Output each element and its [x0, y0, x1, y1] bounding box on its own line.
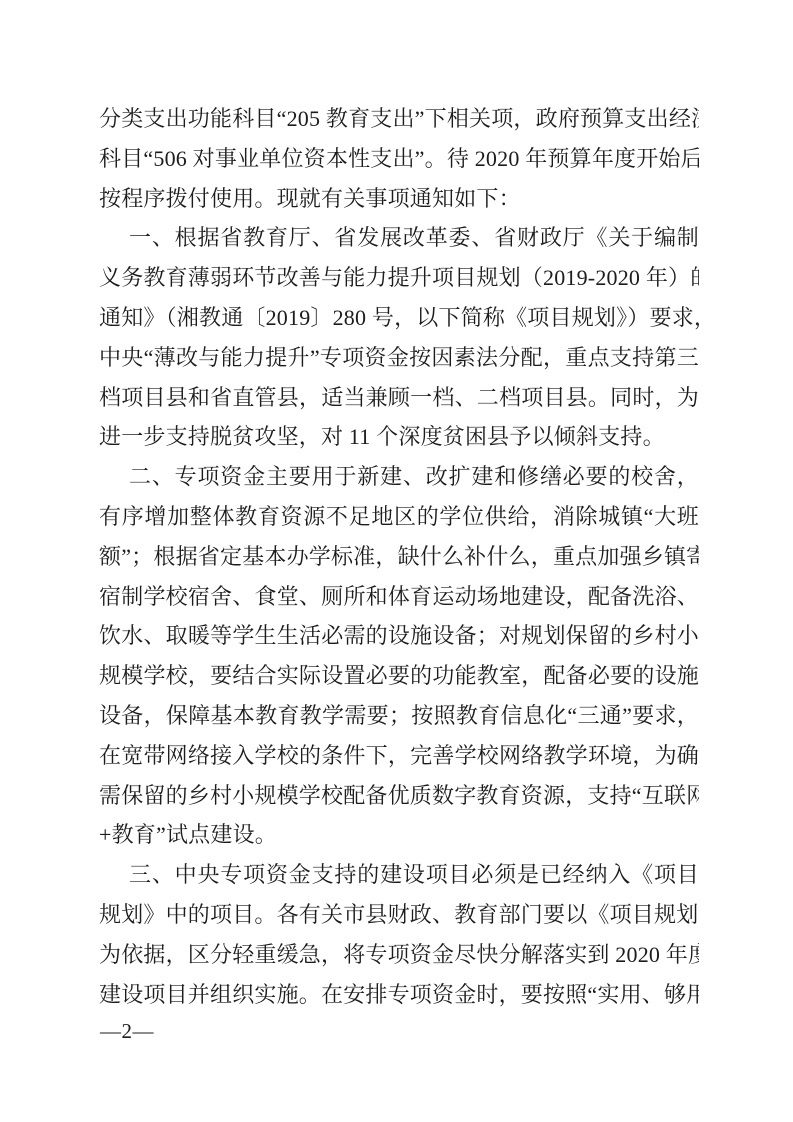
text-line: 档项目县和省直管县，适当兼顾一档、二档项目县。同时，为: [99, 378, 699, 418]
document-page: 分类支出功能科目“205 教育支出”下相关项，政府预算支出经济 科目“506 对…: [0, 0, 793, 1122]
text-line: 按程序拨付使用。现就有关事项通知如下：: [99, 179, 699, 219]
text-line: 为依据，区分轻重缓急，将专项资金尽快分解落实到 2020 年度: [99, 935, 699, 975]
text-line: 分类支出功能科目“205 教育支出”下相关项，政府预算支出经济: [99, 99, 699, 139]
text-line: 科目“506 对事业单位资本性支出”。待 2020 年预算年度开始后，: [99, 139, 699, 179]
text-line: 额”；根据省定基本办学标准，缺什么补什么，重点加强乡镇寄: [99, 537, 699, 577]
text-line: 规模学校，要结合实际设置必要的功能教室，配备必要的设施: [99, 656, 699, 696]
text-line: +教育”试点建设。: [99, 815, 699, 855]
text-line: 二、专项资金主要用于新建、改扩建和修缮必要的校舍，: [99, 457, 699, 497]
text-line: 一、根据省教育厅、省发展改革委、省财政厅《关于编制: [99, 218, 699, 258]
page-number: —2—: [100, 1016, 154, 1046]
text-line: 建设项目并组织实施。在安排专项资金时，要按照“实用、够用、: [99, 975, 699, 1015]
text-line: 通知》（湘教通〔2019〕280 号，以下简称《项目规划》）要求，: [99, 298, 699, 338]
text-line: 在宽带网络接入学校的条件下，完善学校网络教学环境，为确: [99, 736, 699, 776]
text-line: 进一步支持脱贫攻坚，对 11 个深度贫困县予以倾斜支持。: [99, 417, 699, 457]
text-line: 三、中央专项资金支持的建设项目必须是已经纳入《项目: [99, 855, 699, 895]
text-line: 中央“薄改与能力提升”专项资金按因素法分配，重点支持第三: [99, 338, 699, 378]
text-line: 有序增加整体教育资源不足地区的学位供给，消除城镇“大班: [99, 497, 699, 537]
text-line: 饮水、取暖等学生生活必需的设施设备；对规划保留的乡村小: [99, 616, 699, 656]
text-line: 宿制学校宿舍、食堂、厕所和体育运动场地建设，配备洗浴、: [99, 577, 699, 617]
text-line: 规划》中的项目。各有关市县财政、教育部门要以《项目规划》: [99, 895, 699, 935]
text-line: 义务教育薄弱环节改善与能力提升项目规划（2019-2020 年）的: [99, 258, 699, 298]
text-line: 需保留的乡村小规模学校配备优质数字教育资源，支持“互联网: [99, 776, 699, 816]
text-line: 设备，保障基本教育教学需要；按照教育信息化“三通”要求，: [99, 696, 699, 736]
document-body: 分类支出功能科目“205 教育支出”下相关项，政府预算支出经济 科目“506 对…: [99, 99, 699, 1014]
